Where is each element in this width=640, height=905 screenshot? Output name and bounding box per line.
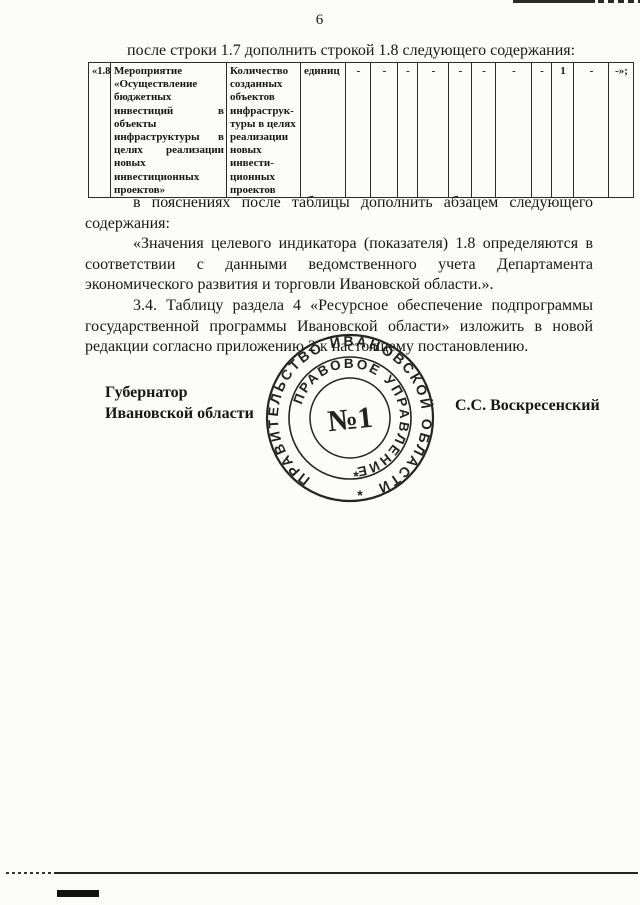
signature-title-line2: Ивановской области [105, 404, 254, 425]
signature-title: Губернатор Ивановской области [105, 383, 254, 424]
value-cell-3: - [398, 63, 418, 198]
footer-rule-dotted [6, 872, 52, 874]
footer-rule [54, 872, 638, 874]
row-number-cell: «1.8. [89, 63, 111, 198]
unit-cell: единиц [301, 63, 346, 198]
document-page: 6 после строки 1.7 дополнить строкой 1.8… [0, 0, 640, 905]
value-cell-2: - [371, 63, 398, 198]
value-cell-1: - [346, 63, 371, 198]
amendment-table: «1.8. Мероприятие «Осуществление бюджетн… [88, 62, 634, 198]
stamp-asterisk-outer: * [357, 487, 363, 503]
value-cell-11: -»; [609, 63, 634, 198]
value-cell-8: - [532, 63, 552, 198]
indicator-cell: Количество созданных объектов инфраструк… [227, 63, 301, 198]
approval-stamp: ПРАВИТЕЛЬСТВО ИВАНОВСКОЙ ОБЛАСТИ ПРАВОВО… [261, 329, 439, 507]
intro-line: после строки 1.7 дополнить строкой 1.8 с… [85, 41, 605, 61]
value-cell-9: 1 [552, 63, 574, 198]
page-number: 6 [0, 12, 640, 29]
activity-cell: Мероприятие «Осуществление бюджетных инв… [111, 63, 227, 198]
paragraph-indicator-definition: «Значения целевого индикатора (показател… [85, 234, 593, 296]
value-cell-6: - [472, 63, 496, 198]
footer-black-bar [57, 890, 99, 897]
scan-artifact-top-solid [513, 0, 595, 3]
signature-name: С.С. Воскресенский [455, 397, 600, 415]
value-cell-7: - [496, 63, 532, 198]
paragraph-explanations: в пояснениях после таблицы дополнить абз… [85, 193, 593, 234]
table-row: «1.8. Мероприятие «Осуществление бюджетн… [89, 63, 634, 198]
signature-title-line1: Губернатор [105, 383, 254, 404]
stamp-asterisk-inner: * [353, 468, 359, 484]
scan-artifact-top-dashed [598, 0, 640, 3]
value-cell-10: - [574, 63, 609, 198]
value-cell-4: - [418, 63, 449, 198]
value-cell-5: - [449, 63, 472, 198]
stamp-number-text: №1 [326, 401, 374, 439]
